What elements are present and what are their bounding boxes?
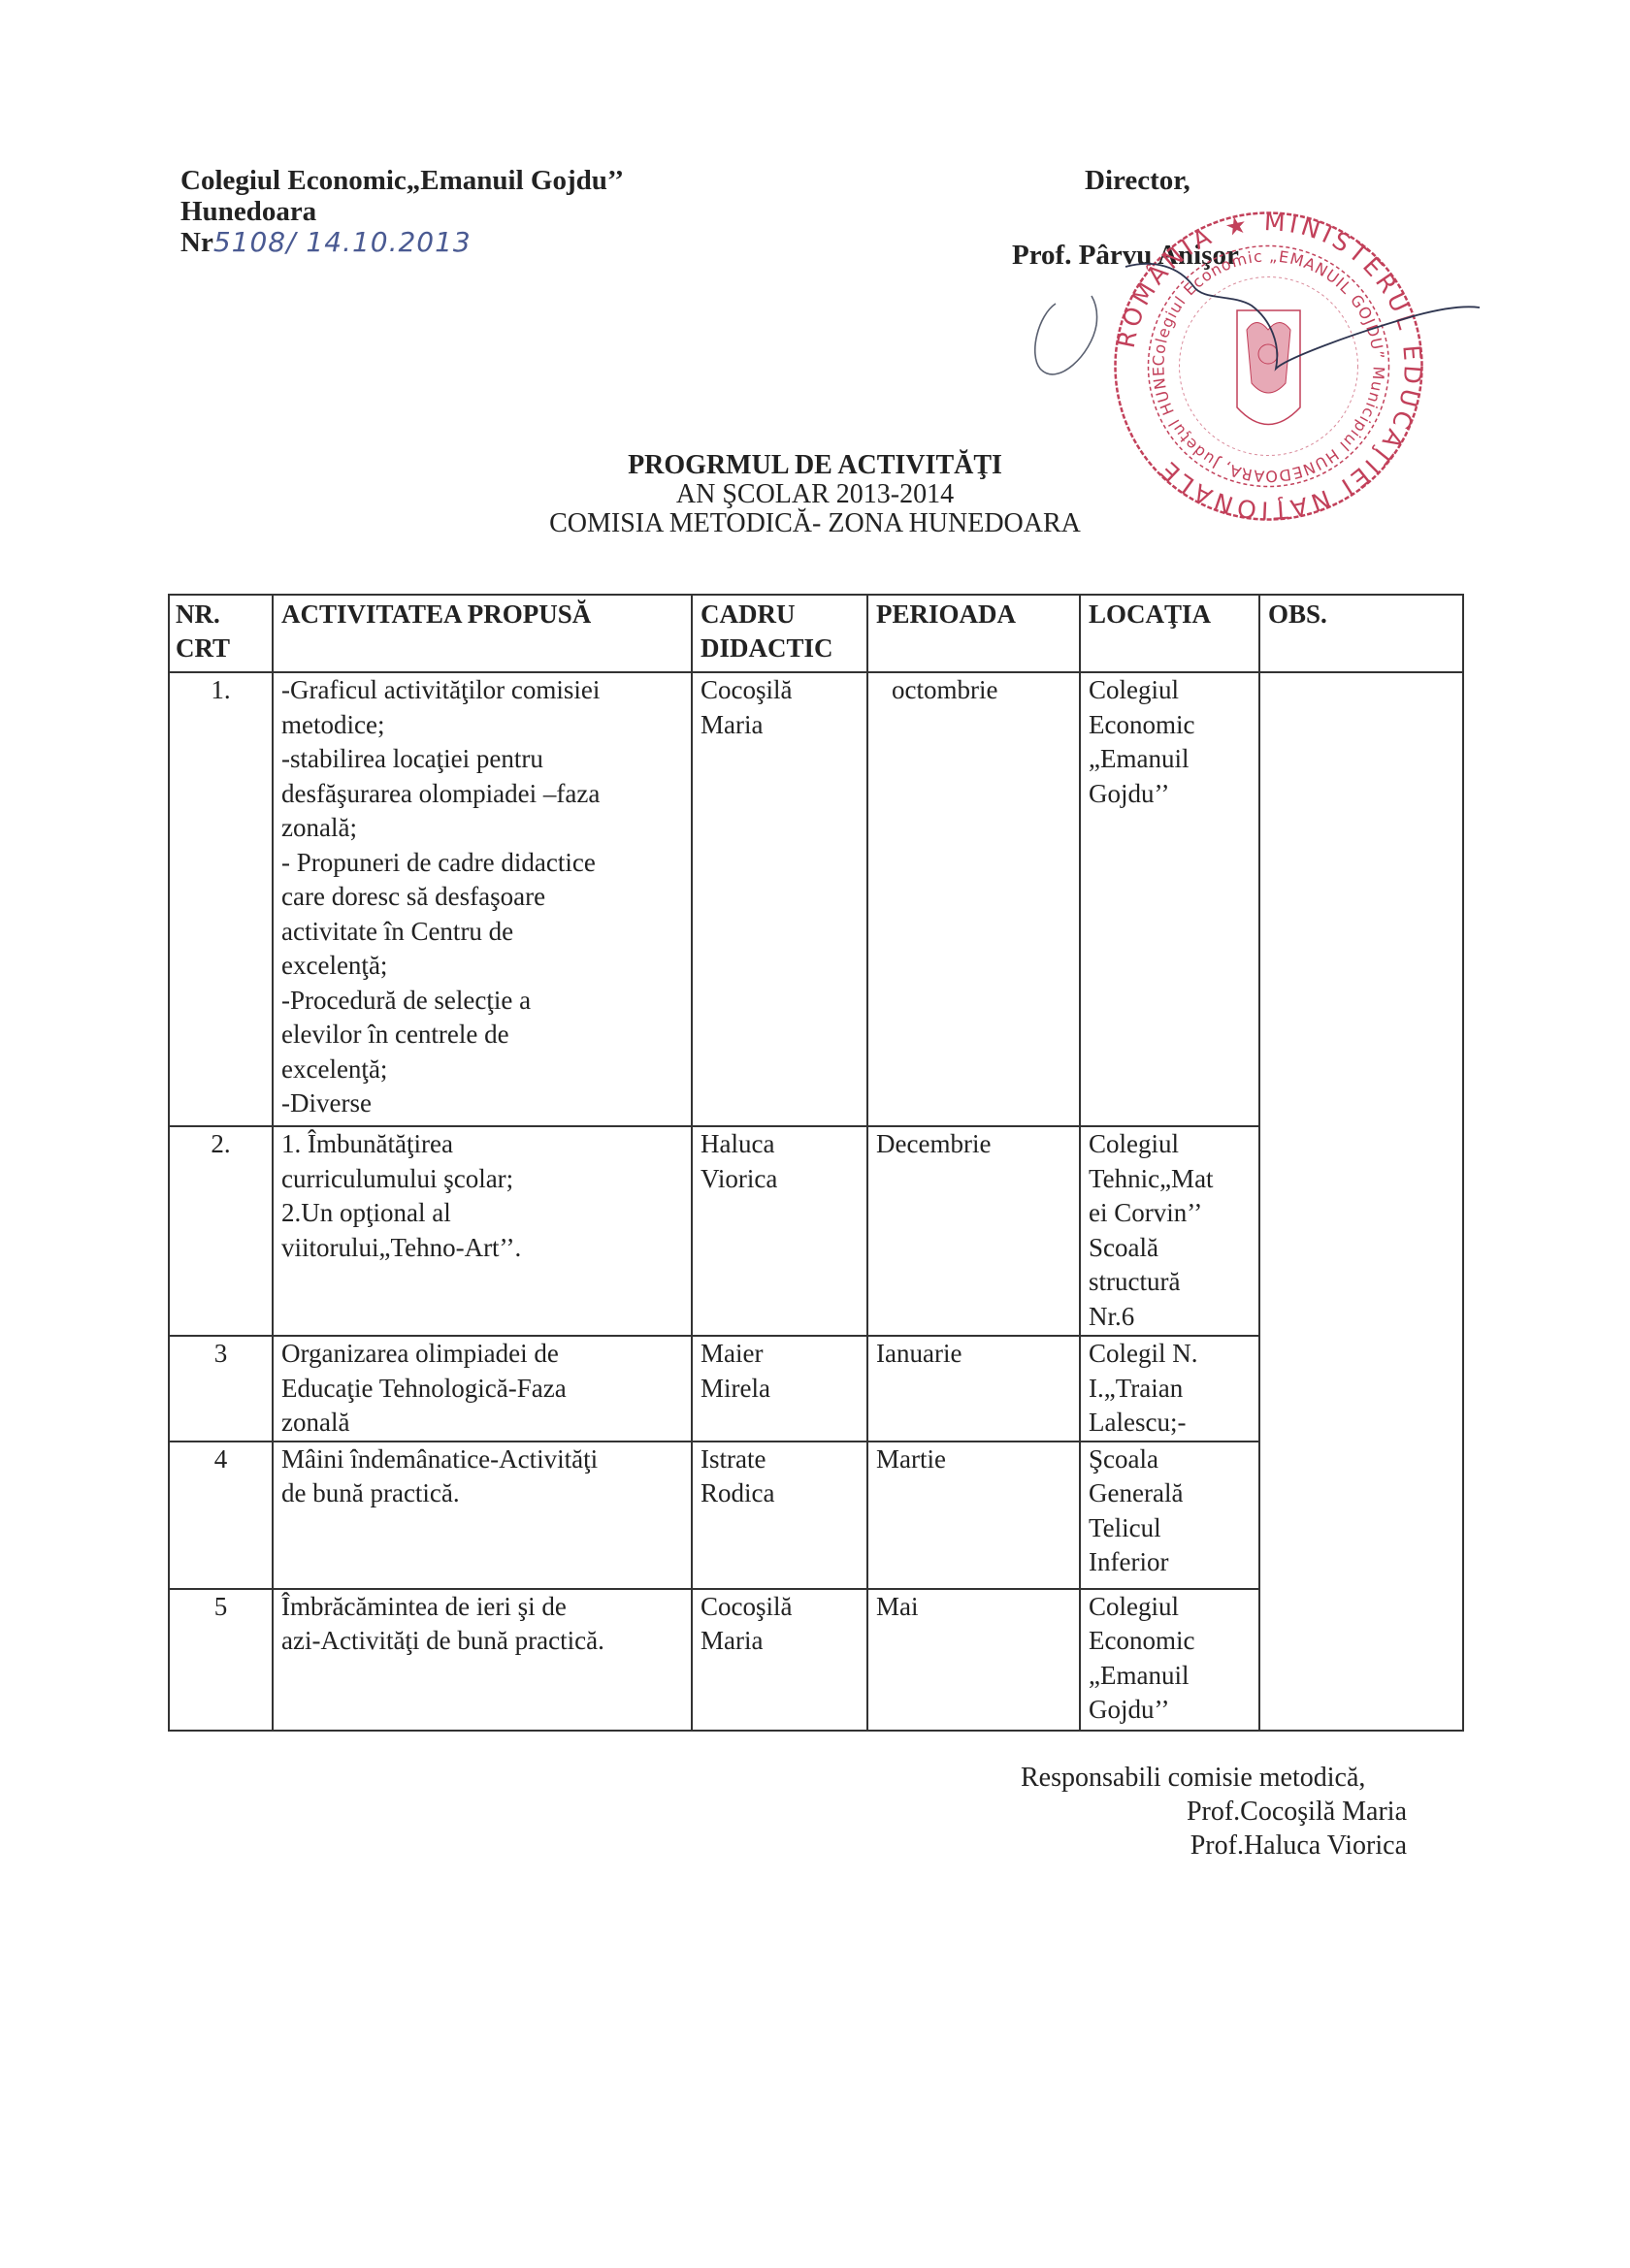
cell-perioada: Ianuarie — [867, 1336, 1080, 1442]
signatory-2: Prof.Haluca Viorica — [1021, 1829, 1407, 1863]
col-header-activitate: ACTIVITATEA PROPUSĂ — [273, 595, 692, 672]
cell-nr: 1. — [169, 672, 273, 1126]
title-line-3: COMISIA METODICĂ- ZONA HUNEDOARA — [0, 509, 1630, 538]
nr-handwritten-value: 5108/ 14.10.2013 — [213, 226, 472, 258]
cell-nr: 3 — [169, 1336, 273, 1442]
cell-perioada: Mai — [867, 1589, 1080, 1731]
cell-activitate: Mâini îndemânatice-Activităţi de bună pr… — [273, 1442, 692, 1589]
col-header-locatia: LOCAŢIA — [1080, 595, 1259, 672]
cell-activitate: -Graficul activităţilor comisiei metodic… — [273, 672, 692, 1126]
table-header-row: NR. CRT ACTIVITATEA PROPUSĂ CADRU DIDACT… — [169, 595, 1463, 672]
signatory-1: Prof.Cocoşilă Maria — [1021, 1795, 1407, 1829]
institution-name: Colegiul Economic„Emanuil Gojdu’’ — [180, 165, 624, 196]
cell-locatia: Colegiul Tehnic„Mat ei Corvin’’ Scoală s… — [1080, 1126, 1259, 1336]
cell-locatia: Colegil N. I.„Traian Lalescu;- — [1080, 1336, 1259, 1442]
cell-cadru: Maier Mirela — [692, 1336, 867, 1442]
cell-nr: 5 — [169, 1589, 273, 1731]
cell-locatia: Colegiul Economic „Emanuil Gojdu’’ — [1080, 1589, 1259, 1731]
cell-perioada: Decembrie — [867, 1126, 1080, 1336]
cell-cadru: Cocoşilă Maria — [692, 672, 867, 1126]
cell-activitate: Îmbrăcămintea de ieri şi de azi-Activită… — [273, 1589, 692, 1731]
cell-cadru: Haluca Viorica — [692, 1126, 867, 1336]
document-title: PROGRMUL DE ACTIVITĂŢI AN ŞCOLAR 2013-20… — [0, 451, 1630, 538]
cell-cadru: Istrate Rodica — [692, 1442, 867, 1589]
signature-icon — [1009, 247, 1494, 403]
col-header-nr: NR. CRT — [169, 595, 273, 672]
institution-city: Hunedoara — [180, 196, 624, 227]
director-title: Director, — [1085, 165, 1190, 197]
cell-nr: 2. — [169, 1126, 273, 1336]
cell-activitate: Organizarea olimpiadei de Educaţie Tehno… — [273, 1336, 692, 1442]
table-row: 1. -Graficul activităţilor comisiei meto… — [169, 672, 1463, 1126]
col-header-cadru: CADRU DIDACTIC — [692, 595, 867, 672]
cell-locatia: Colegiul Economic „Emanuil Gojdu’’ — [1080, 672, 1259, 1126]
title-line-2: AN ŞCOLAR 2013-2014 — [0, 480, 1630, 509]
cell-obs — [1259, 672, 1463, 1731]
cell-perioada: octombrie — [867, 672, 1080, 1126]
signatories-block: Responsabili comisie metodică, Prof.Coco… — [1021, 1761, 1407, 1863]
col-header-perioada: PERIOADA — [867, 595, 1080, 672]
cell-activitate: 1. Îmbunătăţirea curriculumului şcolar; … — [273, 1126, 692, 1336]
registration-number: Nr5108/ 14.10.2013 — [180, 227, 624, 258]
nr-label: Nr — [180, 227, 213, 258]
cell-cadru: Cocoşilă Maria — [692, 1589, 867, 1731]
cell-perioada: Martie — [867, 1442, 1080, 1589]
cell-locatia: Şcoala Generală Telicul Inferior — [1080, 1442, 1259, 1589]
activities-table: NR. CRT ACTIVITATEA PROPUSĂ CADRU DIDACT… — [168, 594, 1464, 1732]
cell-nr: 4 — [169, 1442, 273, 1589]
title-line-1: PROGRMUL DE ACTIVITĂŢI — [0, 451, 1630, 480]
institution-header: Colegiul Economic„Emanuil Gojdu’’ Hunedo… — [180, 165, 624, 258]
signatories-label: Responsabili comisie metodică, — [1021, 1761, 1407, 1795]
col-header-obs: OBS. — [1259, 595, 1463, 672]
